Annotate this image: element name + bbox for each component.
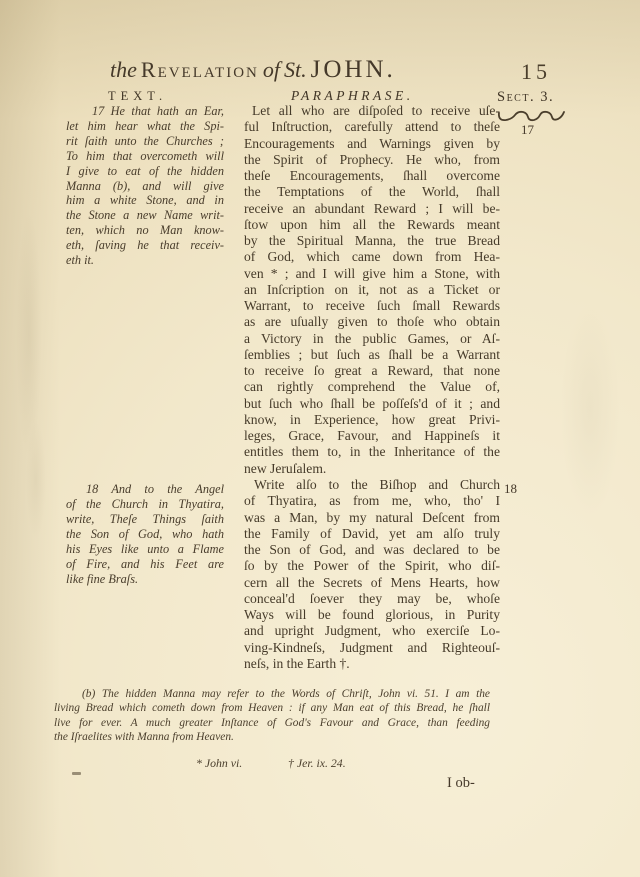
paper-smudge (26, 420, 46, 540)
text-line: conceal'd ſoever they may be, whoſe (244, 591, 500, 607)
scan-shadow-left (0, 0, 60, 877)
text-line: rit ſaith unto the Churches ; (66, 134, 224, 149)
section-label: Sect. 3. (497, 89, 554, 106)
text-line: living Bread which cometh down from Heav… (54, 701, 490, 715)
footnote: (b) The hidden Manna may refer to the Wo… (54, 687, 490, 745)
text-line: his Eyes like unto a Flame (66, 542, 224, 557)
text-line: eth, ſaving he that receiv- (66, 238, 224, 253)
text-line: ful Inſtruction, carefully attend to the… (244, 119, 500, 135)
text-line: the Family of David, yet am alſo truly (244, 526, 500, 542)
text-line: Ways will be found glorious, in Purity (244, 607, 500, 623)
text-line: Write alſo to the Biſhop and Church (244, 477, 500, 493)
text-line: theſe Encouragements, ſhall overcome (244, 168, 500, 184)
text-line: eth it. (66, 253, 224, 268)
text-line: cern all the Secrets of Mens Hearts, how (244, 575, 500, 591)
text-line: (b) The hidden Manna may refer to the Wo… (54, 687, 490, 701)
text-line: but ſuch who ſhall be poſſeſs'd of it ; … (244, 396, 500, 412)
running-head: the Revelation of St. JOHN. (110, 56, 530, 84)
text-line: the Temptations of the World, ſhall (244, 184, 500, 200)
text-line: ven * ; and I will give him a Stone, wit… (244, 266, 500, 282)
text-line: and upright Judgment, who exerciſe Lo- (244, 623, 500, 639)
text-line: write, Theſe Things ſaith (66, 512, 224, 527)
text-line: To him that overcometh will (66, 149, 224, 164)
text-line: the Son of God, and was declared to be (244, 542, 500, 558)
paraphrase-paragraph-17: Let all who are diſpoſed to receive uſe-… (244, 103, 500, 477)
text-line: the Iſraelites with Manna from Heaven. (54, 730, 490, 744)
paraphrase-paragraph-18: Write alſo to the Biſhop and Churchof Th… (244, 477, 500, 672)
catchword: I ob- (447, 775, 475, 792)
text-line: neſs, in the Earth †. (244, 656, 500, 672)
margin-verse-number-18: 18 (504, 481, 517, 497)
text-line: new Jeruſalem. (244, 461, 500, 477)
text-line: ſemblies ; but ſuch as ſhall be a Warran… (244, 347, 500, 363)
paraphrase-column-heading: PARAPHRASE. (291, 88, 414, 104)
text-line: know, in Experience, how great Privi- (244, 412, 500, 428)
running-head-word-st: St. (284, 57, 307, 82)
text-line: an Inſcription on it, not as a Ticket or (244, 282, 500, 298)
text-line: ſo by the Power of the Spirit, who diſ- (244, 558, 500, 574)
page-number: 15 (521, 59, 551, 85)
text-column-heading: TEXT. (108, 89, 167, 104)
text-line: of Thyatira, as from me, who, tho' I (244, 493, 500, 509)
text-line: to receive ſo great a Reward, that none (244, 363, 500, 379)
text-line: of the Church in Thyatira, (66, 497, 224, 512)
text-line: like fine Braſs. (66, 572, 224, 587)
text-column-verse-17: 17 He that hath an Ear,let him hear what… (66, 104, 224, 268)
running-head-title-name: JOHN. (311, 56, 396, 83)
text-line: Encouragements and Warnings given by (244, 136, 500, 152)
text-line: 17 He that hath an Ear, (66, 104, 224, 119)
reference-dagger: † Jer. ix. 24. (288, 756, 346, 771)
text-line: live for ever. A much greater Inſtance o… (54, 716, 490, 730)
text-line: Manna (b), and will give (66, 179, 224, 194)
text-line: the Stone a new Name writ- (66, 208, 224, 223)
margin-mark (72, 772, 81, 775)
text-line: receive an abundant Reward ; I will be- (244, 201, 500, 217)
text-line: leges, Grace, Favour, and Happineſs it (244, 428, 500, 444)
text-line: the Spirit of Prophecy. He who, from (244, 152, 500, 168)
running-head-title-main: Revelation (141, 57, 259, 82)
text-line: of Fire, and his Feet are (66, 557, 224, 572)
text-line: the Son of God, who hath (66, 527, 224, 542)
text-line: I give to eat of the hidden (66, 164, 224, 179)
running-head-word-the: the (110, 57, 137, 82)
text-line: by the Spiritual Manna, the true Bread (244, 233, 500, 249)
margin-verse-number-17: 17 (521, 122, 534, 138)
text-line: was a Man, by my natural Deſcent from (244, 510, 500, 526)
book-page-scan: the Revelation of St. JOHN. 15 TEXT. PAR… (0, 0, 640, 877)
paper-smudge (560, 300, 620, 520)
running-head-word-of: of (263, 57, 280, 82)
text-line: Warrant, to receive ſuch ſmall Rewards (244, 298, 500, 314)
text-line: as are uſually given to thoſe who obtain (244, 314, 500, 330)
text-line: Let all who are diſpoſed to receive uſe- (244, 103, 500, 119)
text-line: ten, which no Man know- (66, 223, 224, 238)
reference-asterisk: * John vi. (196, 756, 242, 771)
paper-smudge (16, 210, 42, 460)
text-line: ving-Kindneſs, Judgment and Righteouſ- (244, 640, 500, 656)
text-line: of God, which came down from Hea- (244, 249, 500, 265)
text-line: 18 And to the Angel (66, 482, 224, 497)
text-line: entitles them to, in the Inheritance of … (244, 444, 500, 460)
text-line: ſtow upon him all the Rewards meant (244, 217, 500, 233)
text-line: a Victory in the public Games, or Aſ- (244, 331, 500, 347)
text-line: can rightly comprehend the Value of, (244, 379, 500, 395)
text-column-verse-18: 18 And to the Angelof the Church in Thya… (66, 482, 224, 587)
text-line: him a white Stone, and in (66, 193, 224, 208)
text-line: let him hear what the Spi- (66, 119, 224, 134)
